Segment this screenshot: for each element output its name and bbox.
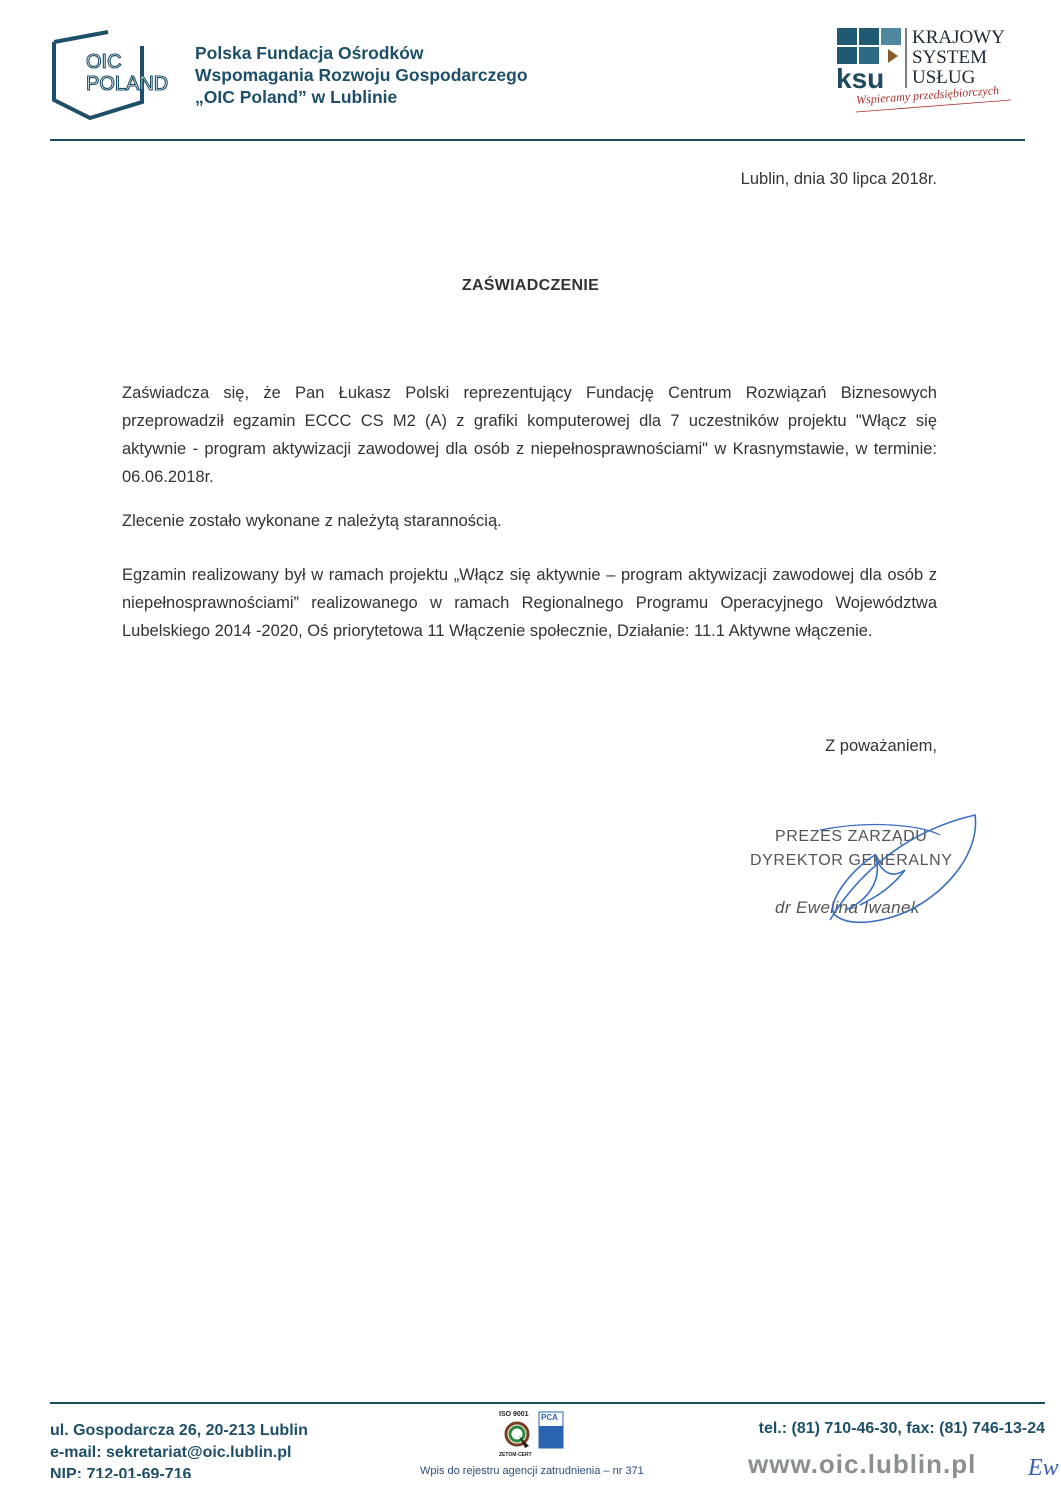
oic-logo-line2: POLAND bbox=[86, 73, 168, 95]
handwritten-signature bbox=[790, 810, 990, 935]
iso-label: ISO 9001 bbox=[499, 1411, 529, 1418]
iso-certificate-badge: ISO 9001 ZETOM-CERT PCA bbox=[497, 1408, 567, 1460]
zetom-cert-label: ZETOM-CERT bbox=[499, 1452, 532, 1458]
page-bottom-crop bbox=[0, 1478, 1061, 1500]
pca-label: PCA bbox=[541, 1413, 558, 1422]
letter-paragraph-2: Zlecenie zostało wykonane z należytą sta… bbox=[122, 507, 937, 535]
org-name-line2: Wspomagania Rozwoju Gospodarczego bbox=[195, 64, 528, 86]
footer-address: ul. Gospodarcza 26, 20-213 Lublin bbox=[50, 1420, 308, 1442]
org-name-line3: „OIC Poland” w Lublinie bbox=[195, 86, 528, 108]
ksu-line1: KRAJOWY bbox=[912, 28, 1005, 48]
ksu-abbr: ksu bbox=[836, 63, 884, 94]
footer-divider bbox=[50, 1402, 1045, 1404]
footer-website[interactable]: www.oic.lublin.pl bbox=[748, 1449, 976, 1480]
oic-poland-logo: OIC POLAND bbox=[50, 28, 180, 122]
footer-phone-fax: tel.: (81) 710-46-30, fax: (81) 746-13-2… bbox=[759, 1420, 1045, 1438]
registry-note: Wpis do rejestru agencji zatrudnienia – … bbox=[420, 1465, 644, 1477]
ksu-line2: SYSTEM bbox=[912, 48, 1005, 68]
letter-closing: Z poważaniem, bbox=[825, 737, 937, 756]
organization-name: Polska Fundacja Ośrodków Wspomagania Roz… bbox=[195, 42, 528, 108]
footer-contact: ul. Gospodarcza 26, 20-213 Lublin e-mail… bbox=[50, 1420, 308, 1486]
letter-paragraph-3: Egzamin realizowany był w ramach projekt… bbox=[122, 561, 937, 645]
oic-logo-line1: OIC bbox=[86, 51, 122, 73]
ksu-name: KRAJOWY SYSTEM USŁUG bbox=[912, 28, 1005, 88]
letter-date: Lublin, dnia 30 lipca 2018r. bbox=[741, 170, 937, 189]
letter-paragraph-1: Zaświadcza się, że Pan Łukasz Polski rep… bbox=[122, 379, 937, 491]
org-name-line1: Polska Fundacja Ośrodków bbox=[195, 42, 528, 64]
letter-title: ZAŚWIADCZENIE bbox=[0, 277, 1061, 295]
header-divider bbox=[50, 139, 1025, 141]
footer-email[interactable]: e-mail: sekretariat@oic.lublin.pl bbox=[50, 1442, 308, 1464]
